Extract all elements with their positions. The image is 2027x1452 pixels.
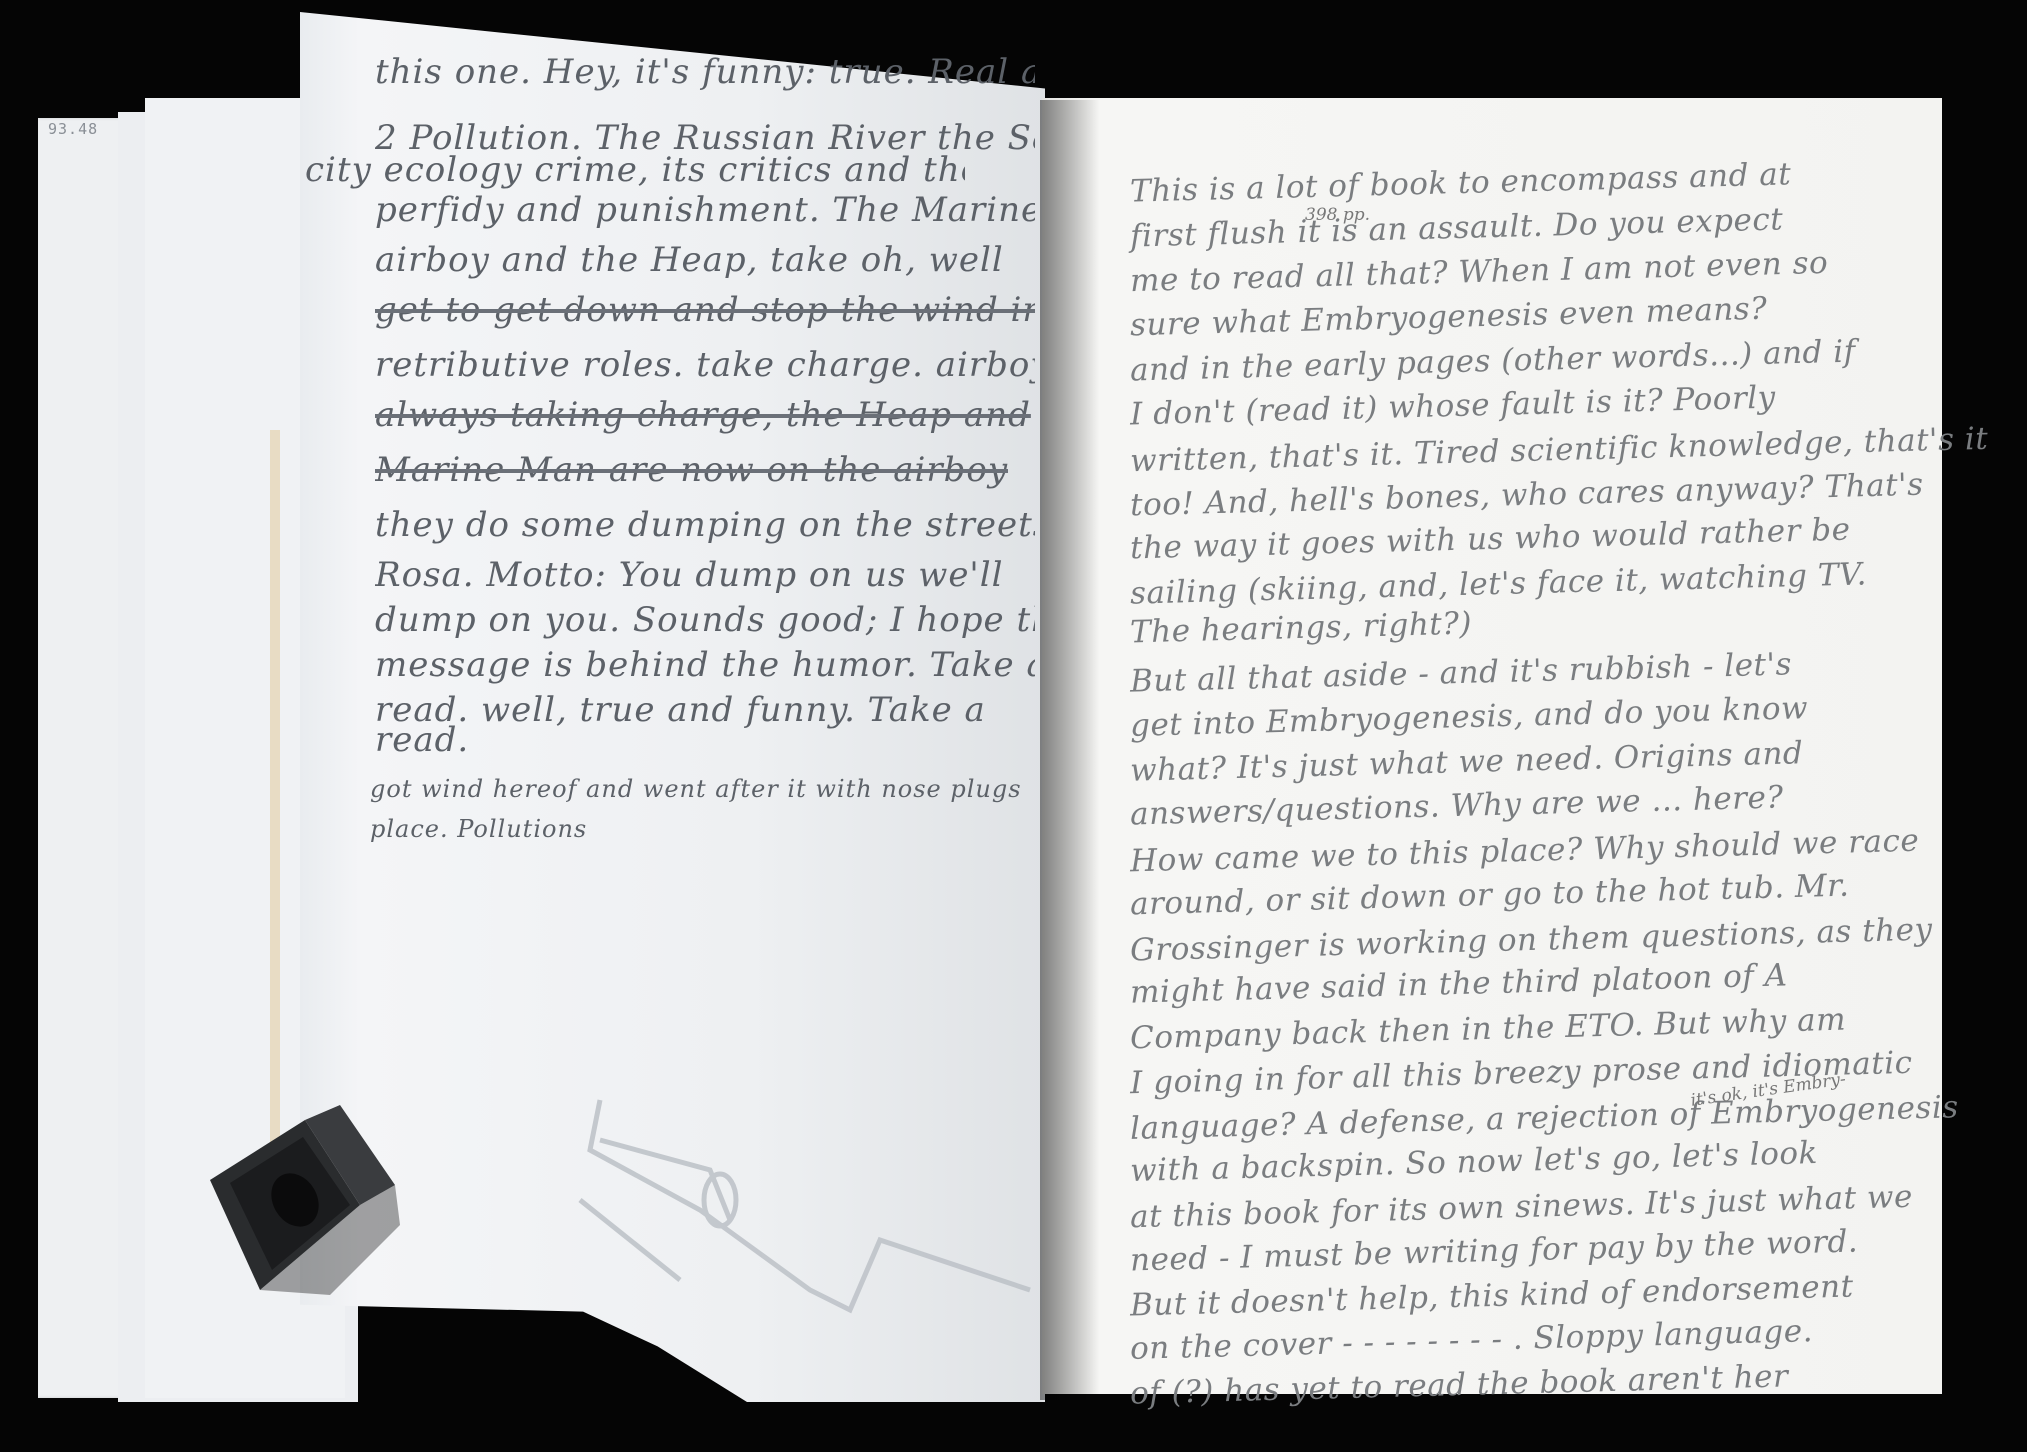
page-count-note: 398 pp. xyxy=(1305,205,1370,225)
left-page-line: city ecology crime, its critics and the … xyxy=(305,150,965,190)
left-page-line: always taking charge, the Heap and xyxy=(375,395,1031,435)
page-edge xyxy=(270,430,280,1160)
left-page-line: place. Pollutions xyxy=(370,815,587,843)
left-page-line: perfidy and punishment. The Marine xyxy=(375,190,1035,230)
left-page-line: they do some dumping on the streets of S… xyxy=(375,505,1035,545)
left-page-line: this one. Hey, it's funny: true. Real an… xyxy=(375,52,1035,92)
left-page-line: message is behind the humor. Take a xyxy=(375,645,1035,685)
left-page-line: Marine Man are now on the airboy xyxy=(375,450,1008,490)
left-page-line: get to get down and stop the wind in xyxy=(375,290,1035,330)
gutter-shadow xyxy=(1040,100,1100,1400)
left-page-line: read. xyxy=(375,720,469,760)
faint-sketch xyxy=(560,1080,1040,1340)
left-page-line: retributive roles. take charge. airboy xyxy=(375,345,1035,385)
left-page-line: airboy and the Heap, take oh, well xyxy=(375,240,1004,280)
paperweight-icon xyxy=(210,1065,420,1295)
left-page-line: dump on you. Sounds good; I hope the xyxy=(375,600,1035,640)
price-note: 93.48 xyxy=(48,120,98,138)
left-page-line: got wind hereof and went after it with n… xyxy=(370,775,1022,803)
left-page-line: Rosa. Motto: You dump on us we'll xyxy=(375,555,1004,595)
